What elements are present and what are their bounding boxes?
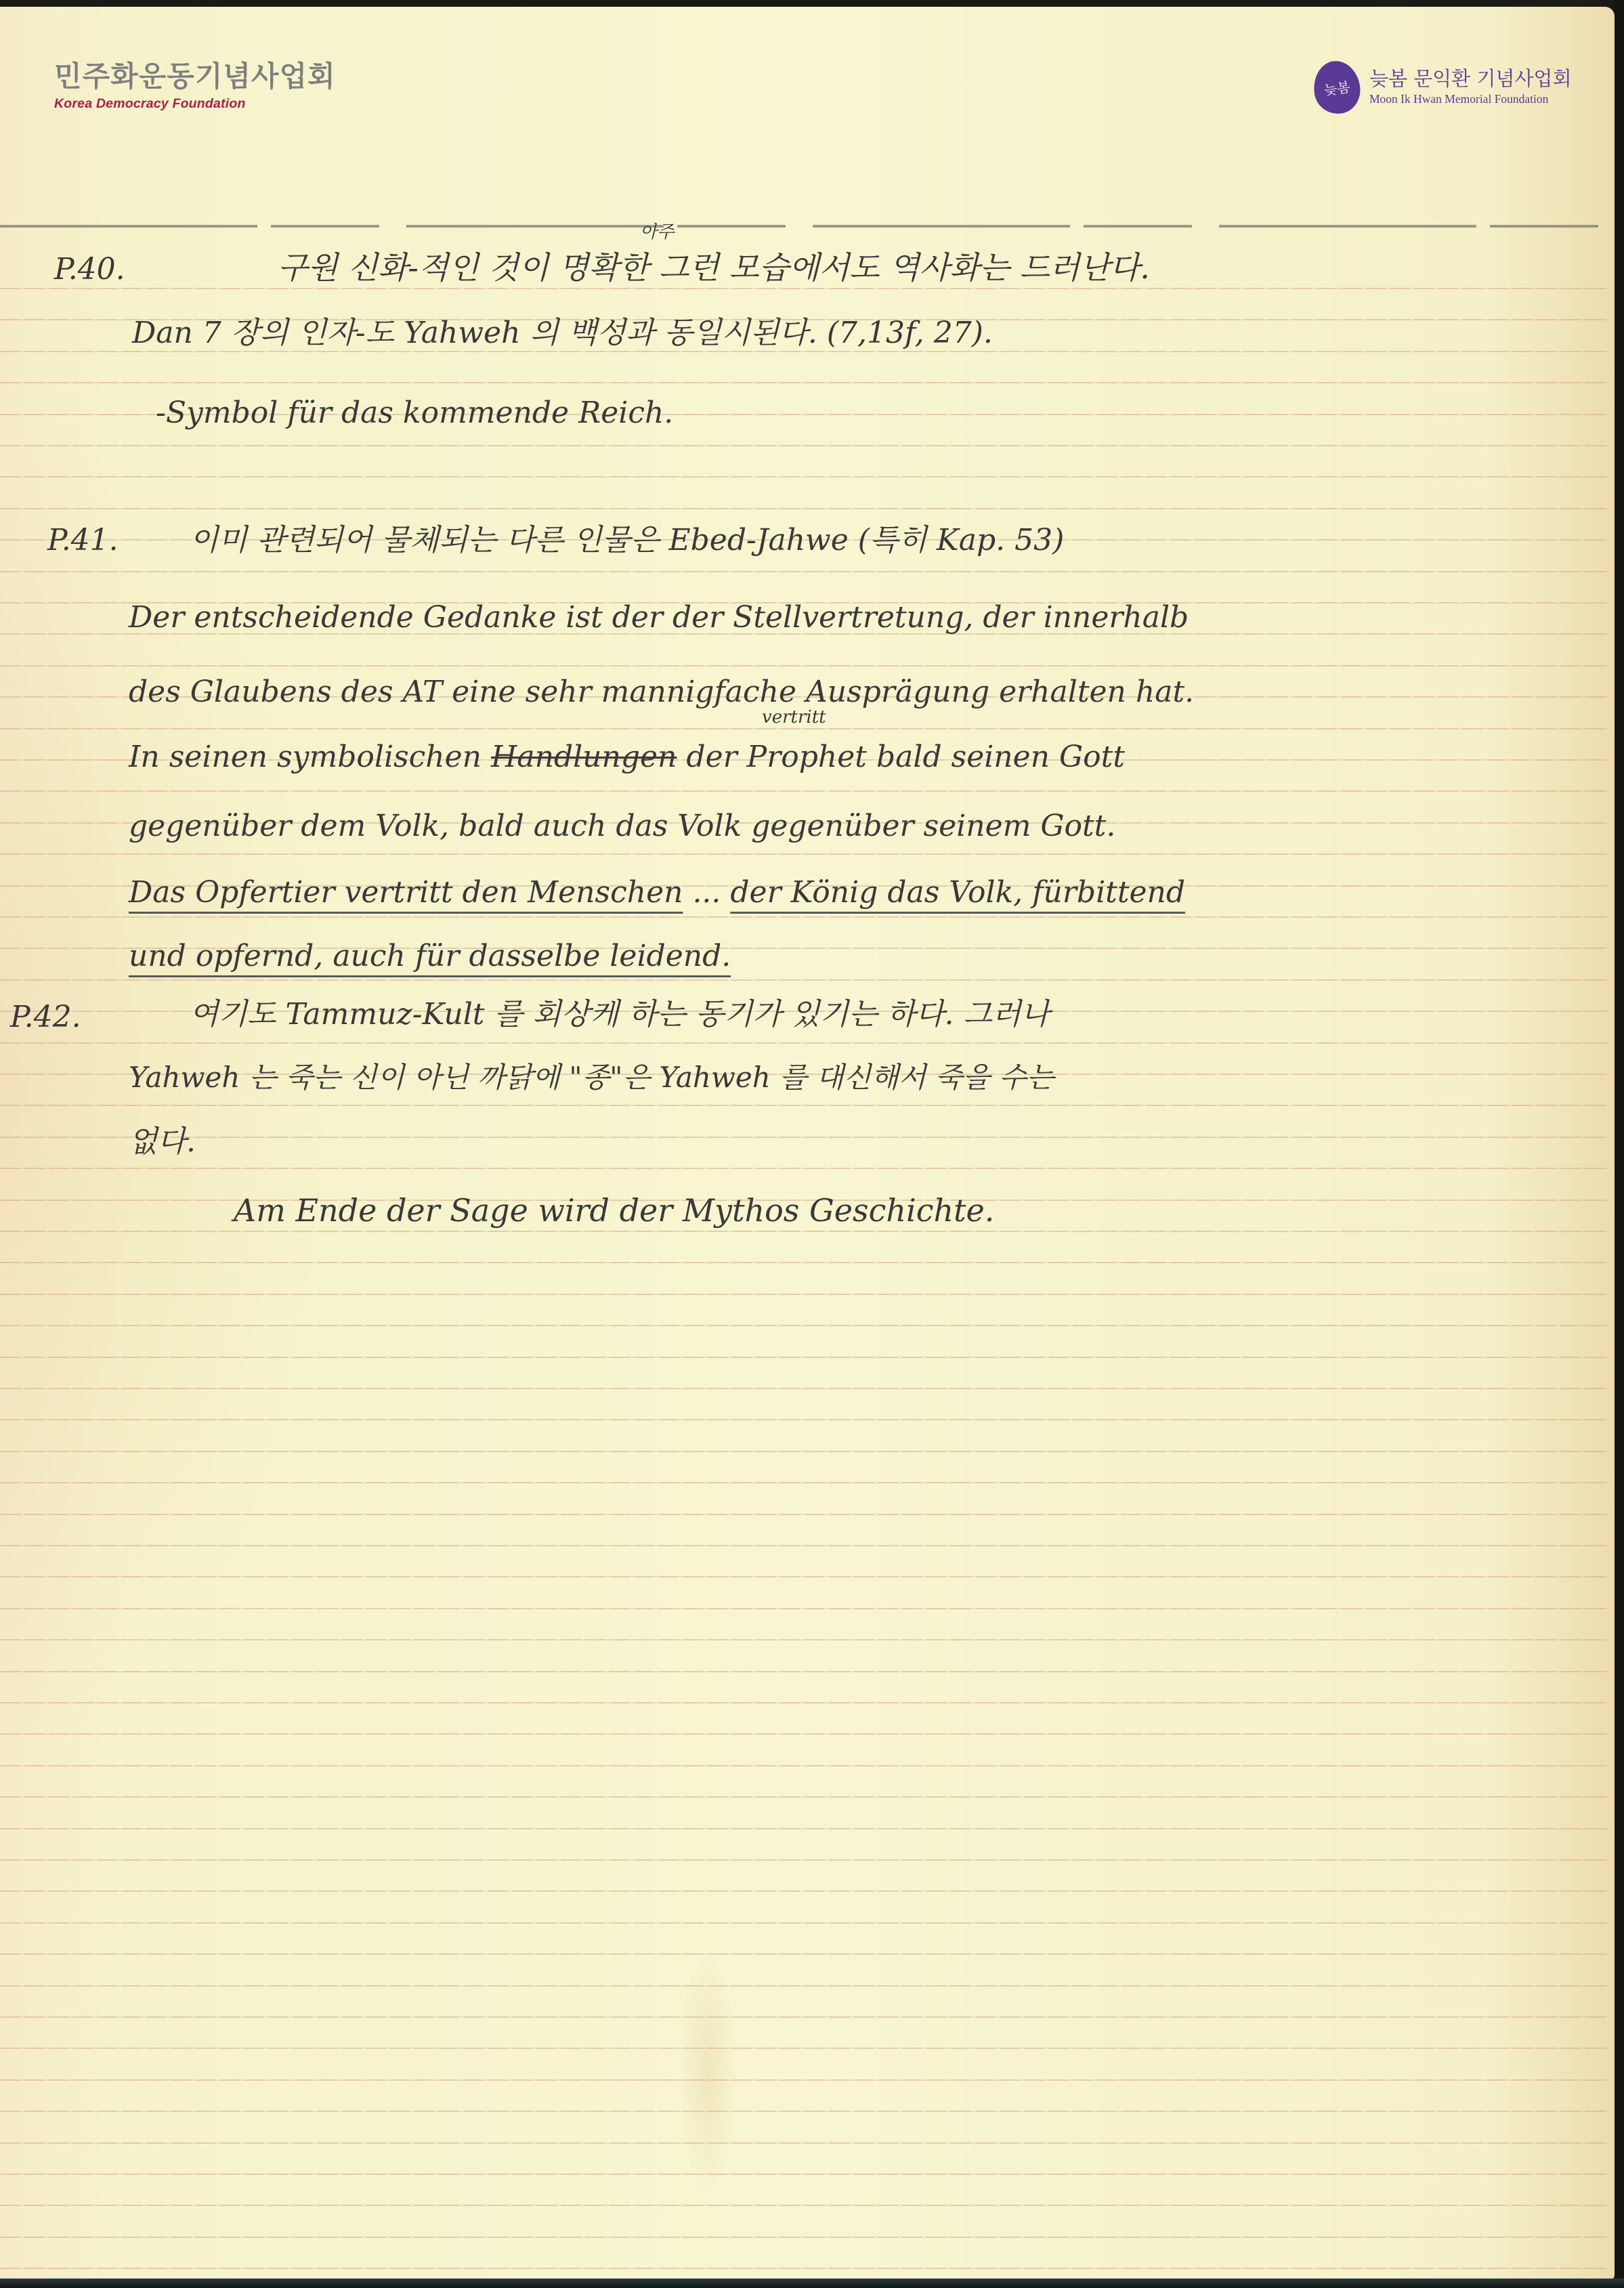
ruled-line [0, 2048, 1608, 2049]
logo-english-text: Moon Ik Hwan Memorial Foundation [1369, 92, 1572, 106]
ruled-line [0, 2205, 1608, 2206]
ruled-line [0, 1042, 1608, 1044]
ruled-line [0, 2111, 1608, 2112]
note-line: und opfernd, auch für dasselbe leidend. [129, 941, 731, 971]
ruled-line [0, 1953, 1608, 1955]
note-line: 이미 관련되어 물체되는 다른 인물은 Ebed-Jahwe (특히 Kap. … [190, 526, 1064, 555]
note-line: 여기도 Tammuz-Kult 를 회상케 하는 동기가 있기는 하다. 그러나 [190, 1000, 1050, 1030]
ruled-line [0, 1890, 1608, 1892]
note-line: des Glaubens des AT eine sehr mannigfach… [129, 677, 1194, 707]
ruled-line [0, 1262, 1608, 1263]
ruled-line [0, 351, 1608, 352]
ruled-line [0, 1733, 1608, 1735]
logo-korean-text: 늦봄 문익환 기념사업회 [1369, 68, 1572, 90]
insert-note: vertritt [762, 708, 826, 726]
ruled-line [0, 979, 1608, 981]
note-line: Yahweh 는 죽는 신이 아닌 까닭에 "종"은 Yahweh 를 대신해서… [129, 1063, 1054, 1092]
ruled-line [0, 288, 1608, 289]
seal-icon: 늦봄 [1310, 58, 1363, 117]
ruled-line [0, 1388, 1608, 1389]
moon-ik-hwan-foundation-logo: 늦봄 늦봄 문익환 기념사업회 Moon Ik Hwan Memorial Fo… [1314, 61, 1572, 114]
ruled-line [0, 1231, 1608, 1232]
ruled-line [0, 1137, 1608, 1138]
ruled-line [0, 382, 1608, 383]
ruled-line [0, 476, 1608, 478]
ruled-line [0, 2268, 1608, 2269]
ruled-line [0, 1765, 1608, 1766]
note-line: Am Ende der Sage wird der Mythos Geschic… [234, 1195, 994, 1226]
ruled-line [0, 1639, 1608, 1640]
note-line: -Symbol für das kommende Reich. [156, 398, 673, 428]
page-edge-shadow [1615, 0, 1624, 2288]
ruled-line [0, 1105, 1608, 1106]
ruled-line [0, 728, 1608, 729]
ruled-line [0, 2174, 1608, 2175]
ruled-line [0, 1451, 1608, 1452]
ruled-line [0, 853, 1608, 855]
ruled-line [0, 445, 1608, 446]
ruled-line [0, 1168, 1608, 1169]
page-ref-p41: P.41. [47, 526, 119, 555]
ruled-line [0, 1419, 1608, 1420]
ruled-line [0, 1482, 1608, 1483]
note-line: Das Opfertier vertritt den Menschen ... … [129, 878, 1185, 908]
ruled-line [0, 1796, 1608, 1798]
notebook-page: 민주화운동기념사업회 Korea Democracy Foundation 늦봄… [0, 7, 1615, 2281]
page-ref-p42: P.42. [10, 1002, 81, 1032]
underlined-phrase: der König das Volk, fürbittend [730, 875, 1185, 910]
ruled-line [0, 1702, 1608, 1703]
ruled-line [0, 790, 1608, 792]
ruled-line [0, 508, 1608, 509]
insert-note: 아주 [640, 224, 674, 241]
note-line: gegenüber dem Volk, bald auch das Volk g… [129, 811, 1115, 841]
ruled-line [0, 1608, 1608, 1609]
ruled-line [0, 2016, 1608, 2018]
page-bottom-edge [0, 2279, 1624, 2288]
note-line: 구원 신화-적인 것이 명확한 그런 모습에서도 역사화는 드러난다. [278, 252, 1150, 283]
page-ref-p40: P.40. [54, 255, 125, 284]
ruled-line [0, 2079, 1608, 2081]
logo-korean-text: 민주화운동기념사업회 [54, 62, 336, 91]
ruled-line [0, 1671, 1608, 1672]
ruled-line [0, 1922, 1608, 1924]
ruled-line [0, 916, 1608, 918]
ruled-line [0, 1357, 1608, 1358]
note-line: Dan 7 장의 인자-도 Yahweh 의 백성과 동일시된다. (7,13f… [132, 318, 993, 348]
underlined-phrase: und opfernd, auch für dasselbe leidend. [129, 939, 731, 973]
korea-democracy-foundation-logo: 민주화운동기념사업회 Korea Democracy Foundation [54, 62, 336, 112]
ruled-line [0, 2142, 1608, 2144]
ruled-line [0, 2237, 1608, 2238]
ruled-line [0, 665, 1608, 666]
underlined-phrase: Das Opfertier vertritt den Menschen [129, 875, 683, 910]
ruled-line [0, 1514, 1608, 1515]
ruled-line [0, 1545, 1608, 1546]
note-line: 없다. [129, 1127, 196, 1157]
logo-english-text: Korea Democracy Foundation [54, 96, 336, 112]
header-divider [0, 225, 1608, 228]
ruled-line [0, 1859, 1608, 1861]
struck-word: Handlungen [491, 740, 677, 774]
ruled-line [0, 1325, 1608, 1326]
ruled-line [0, 1576, 1608, 1577]
ruled-line [0, 571, 1608, 572]
ruled-line [0, 1828, 1608, 1829]
note-line: In seinen symbolischen Handlungen der Pr… [129, 742, 1125, 772]
note-line: Der entscheidende Gedanke ist der der St… [129, 603, 1189, 633]
ruled-line [0, 1294, 1608, 1295]
ruled-line [0, 1985, 1608, 1987]
